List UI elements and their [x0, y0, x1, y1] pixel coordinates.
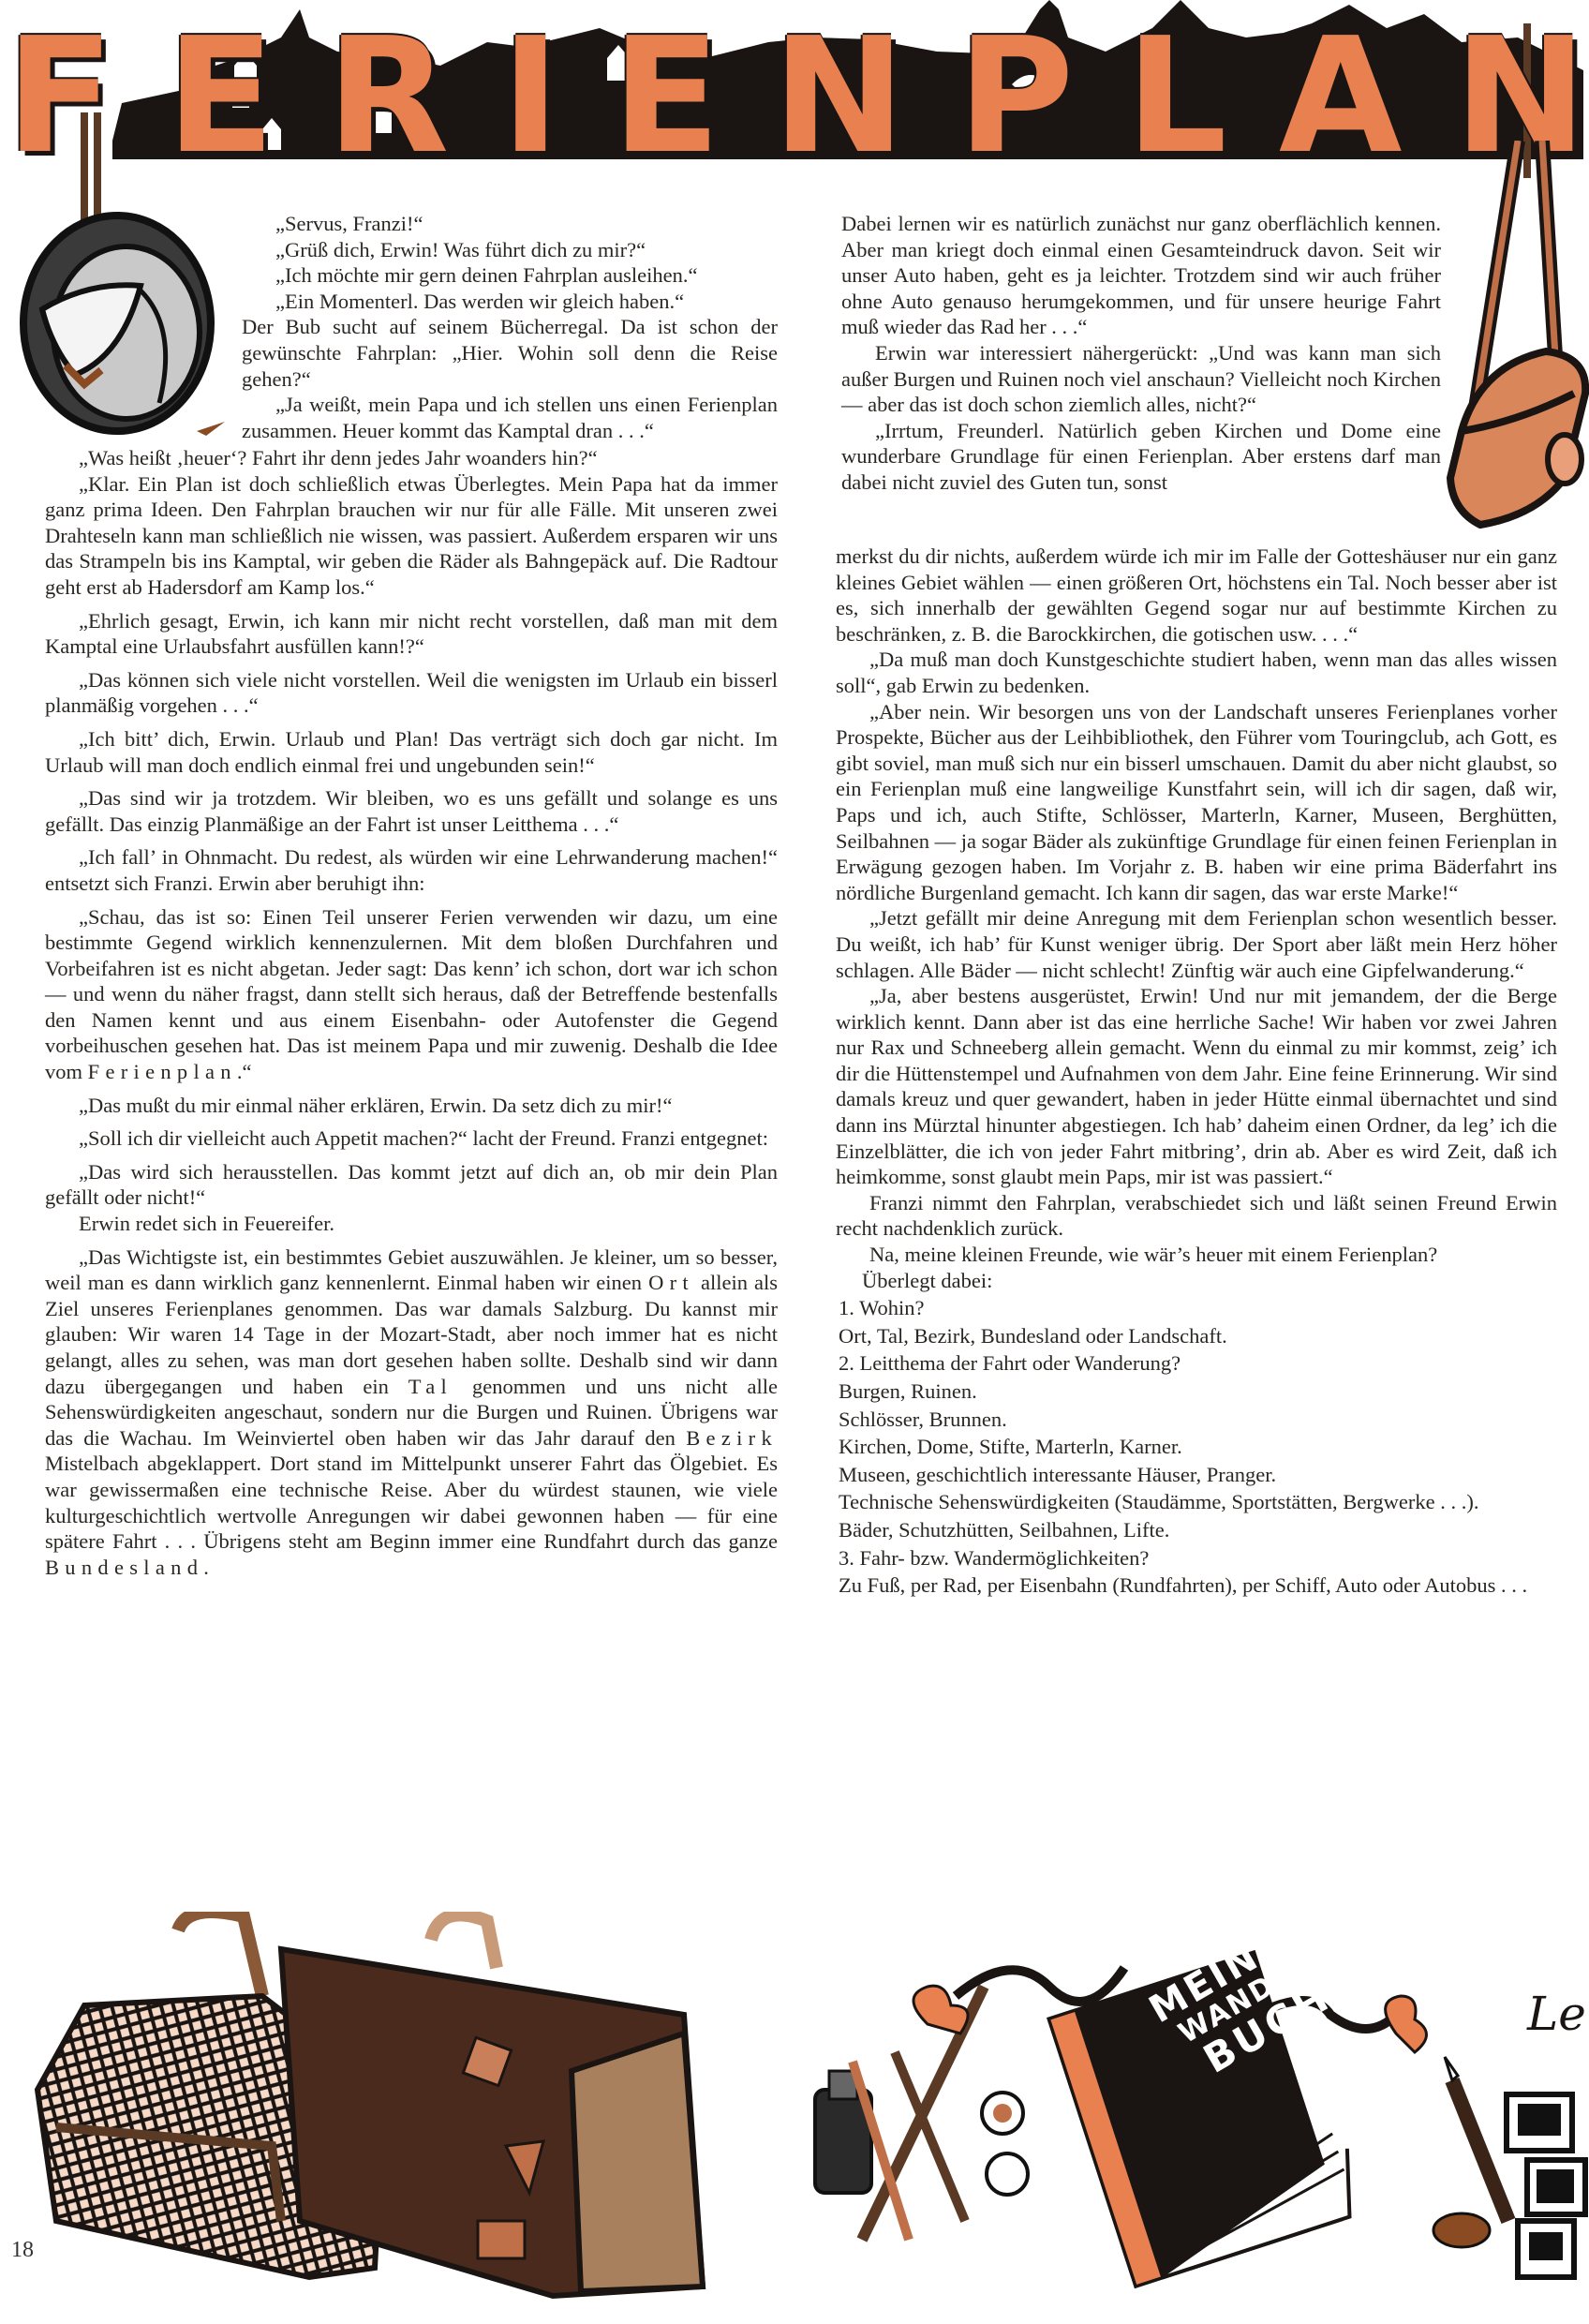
paragraph: „Irrtum, Freunderl. Natürlich geben Kirc… [841, 418, 1441, 496]
checklist-item: Zu Fuß, per Rad, per Eisenbahn (Rundfahr… [836, 1572, 1557, 1599]
checklist-item: Kirchen, Dome, Stifte, Marterln, Karner. [836, 1434, 1557, 1460]
paragraph: „Jetzt gefällt mir deine Anregung mit de… [836, 905, 1557, 983]
emphasis-spaced: Ort [648, 1271, 694, 1294]
checklist-item: Technische Sehenswürdigkeiten (Staudämme… [836, 1489, 1557, 1515]
paragraph: „Klar. Ein Plan ist doch schließlich etw… [45, 471, 778, 601]
article-column-left-top: „Servus, Franzi!“ „Grüß dich, Erwin! Was… [242, 211, 778, 443]
checklist-item: 1. Wohin? [836, 1295, 1557, 1321]
emphasis-spaced: Tal [408, 1375, 453, 1398]
title-letter: P [958, 26, 1071, 167]
paragraph: „Das sind wir ja trotzdem. Wir bleiben, … [45, 785, 778, 837]
hiking-book-illustration: MEIN WANDER BUCH! Le [806, 1912, 1589, 2305]
emphasis-spaced: Bundesland [45, 1556, 203, 1579]
emphasis-spaced: Bezirk [686, 1426, 778, 1450]
paragraph: „Schau, das ist so: Einen Teil unserer F… [45, 904, 778, 1085]
title-letter: I [501, 26, 557, 167]
text: .“ [237, 1060, 252, 1083]
paragraph: „Ein Momenterl. Das werden wir gleich ha… [242, 289, 778, 315]
paragraph: „Aber nein. Wir besorgen uns von der Lan… [836, 699, 1557, 906]
checklist-item: Museen, geschichtlich interessante Häuse… [836, 1462, 1557, 1488]
paragraph: Dabei lernen wir es natürlich zunächst n… [841, 211, 1441, 340]
page-number: 18 [11, 2238, 34, 2263]
paragraph: „Soll ich dir vielleicht auch Appetit ma… [45, 1125, 778, 1152]
paragraph: Erwin war interessiert nähergerückt: „Un… [841, 340, 1441, 418]
paragraph: „Das mußt du mir einmal näher erklären, … [45, 1093, 778, 1119]
paragraph: „Was heißt ‚heuer‘? Fahrt ihr denn jedes… [45, 445, 778, 471]
checklist-item: Ort, Tal, Bezirk, Bundesland oder Landsc… [836, 1323, 1557, 1349]
text: Mistelbach abgeklappert. Dort stand im M… [45, 1452, 778, 1553]
artist-signature: Le [1527, 1987, 1586, 2041]
article-column-right-top: Dabei lernen wir es natürlich zunächst n… [841, 211, 1441, 496]
paragraph: „Das können sich viele nicht vorstellen.… [45, 667, 778, 719]
paragraph: „Ja, aber bestens ausgerüstet, Erwin! Un… [836, 983, 1557, 1190]
paragraph: „Grüß dich, Erwin! Was führt dich zu mir… [242, 237, 778, 263]
paragraph: Der Bub sucht auf seinem Bücherregal. Da… [242, 314, 778, 392]
hanging-camera-case-illustration [1424, 141, 1589, 553]
paragraph: „Ja weißt, mein Papa und ich stellen uns… [242, 392, 778, 443]
paragraph: „Das Wichtigste ist, ein bestimmtes Gebi… [45, 1244, 778, 1581]
checklist-intro: Überlegt dabei: [836, 1268, 1557, 1294]
checklist-item: 2. Leitthema der Fahrt oder Wanderung? [836, 1350, 1557, 1377]
paragraph: „Das wird sich herausstellen. Das kommt … [45, 1159, 778, 1211]
paragraph: „Ich möchte mir gern deinen Fahrplan aus… [242, 262, 778, 289]
paragraph: merkst du dir nichts, außerdem würde ich… [836, 544, 1557, 647]
title-letter: A [1279, 26, 1399, 167]
checklist-item: Schlösser, Brunnen. [836, 1407, 1557, 1433]
article-column-left: „Was heißt ‚heuer‘? Fahrt ihr denn jedes… [45, 445, 778, 1580]
paragraph: Na, meine kleinen Freunde, wie wär’s heu… [836, 1242, 1557, 1268]
paragraph: „Ich fall’ in Ohnmacht. Du redest, als w… [45, 844, 778, 896]
title-letter: R [327, 26, 446, 167]
checklist-item: Burgen, Ruinen. [836, 1378, 1557, 1405]
article-column-right: merkst du dir nichts, außerdem würde ich… [836, 544, 1557, 1599]
checklist-item: Bäder, Schutzhütten, Seilbahnen, Lifte. [836, 1517, 1557, 1543]
paragraph: „Ich bitt’ dich, Erwin. Urlaub und Plan!… [45, 726, 778, 778]
paragraph: „Da muß man doch Kunstgeschichte studier… [836, 647, 1557, 698]
emphasis-spaced: Ferienplan [88, 1060, 237, 1083]
checklist: Überlegt dabei: 1. Wohin? Ort, Tal, Bezi… [836, 1268, 1557, 1599]
hanging-bike-bag-illustration [0, 131, 244, 440]
text: „Schau, das ist so: Einen Teil unserer F… [45, 905, 778, 1084]
checklist-item: 3. Fahr- bzw. Wandermöglichkeiten? [836, 1545, 1557, 1572]
paragraph: „Servus, Franzi!“ [242, 211, 778, 237]
net-bag-and-suitcase-illustration [0, 1912, 806, 2305]
title-letter: N [772, 26, 901, 167]
text: . [203, 1556, 209, 1579]
paragraph: „Ehrlich gesagt, Erwin, ich kann mir nic… [45, 608, 778, 660]
title-letter: E [612, 26, 717, 167]
title-letter: L [1125, 26, 1223, 167]
paragraph: Erwin redet sich in Feuereifer. [45, 1211, 778, 1237]
paragraph: Franzi nimmt den Fahrplan, verabschiedet… [836, 1190, 1557, 1242]
